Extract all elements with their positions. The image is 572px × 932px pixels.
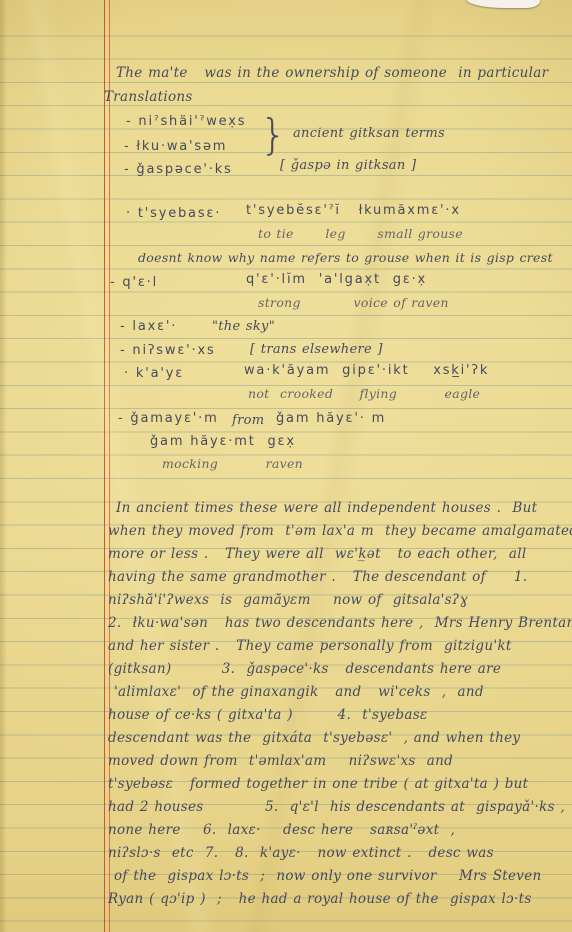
gamayem-entry-line: ǧam hăyɛ·mt gɛx̣: [150, 435, 296, 449]
qel-entry-line: - q'ɛ·l: [110, 276, 158, 290]
kaye-entry-line: not crooked flying eagle: [248, 387, 480, 401]
kaye-entry-line: · k'a'yɛ: [124, 367, 184, 381]
translation-list-line: ancient gitksan terms: [293, 127, 445, 141]
nisweqs-entry-line: - niʔswɛ'·xs: [120, 344, 216, 358]
tsyebase-entry-line: doesnt know why name refers to grouse wh…: [138, 251, 553, 265]
ancient-times-paragraph-line: having the same grandmother . The descen…: [108, 570, 527, 585]
ancient-times-paragraph-line: when they moved from t'ǝm lax'a m they b…: [108, 524, 572, 539]
ancient-times-paragraph-line: niʔslɔ·s etc 7. 8. k'ayɛ· now extinct . …: [108, 846, 494, 861]
translation-list-line: }: [260, 112, 287, 158]
gamayem-entry-line: mocking raven: [162, 457, 303, 471]
translation-list-line: - niˀshäi'ˀwex̣s: [126, 115, 246, 129]
intro-line: Translations: [104, 90, 193, 105]
ancient-times-paragraph-line: had 2 houses 5. q'ɛ'l his descendants at…: [108, 800, 565, 815]
translation-list-line: - łku·wa'sǝm: [124, 140, 227, 154]
gamayem-entry-line: from: [232, 414, 264, 428]
ancient-times-paragraph-line: of the gispax lɔ·ts ; now only one survi…: [114, 869, 542, 884]
gamayem-entry-line: ǧam hăyɛ'· m: [276, 412, 386, 426]
ancient-times-paragraph-line: 2. łku·wa'sǝn has two descendants here ,…: [108, 616, 572, 631]
ancient-times-paragraph-line: more or less . They were all wɛ'k̲ǝt to …: [108, 547, 526, 562]
laxe-entry-line: "the sky": [212, 320, 275, 334]
tsyebase-entry-line: t'syebĕsɛ'ˀĭ łkumăxmɛ'·x: [246, 204, 461, 218]
ancient-times-paragraph-line: moved down from t'ǝmlax'am niʔswɛ'xs and: [108, 754, 453, 769]
translation-list-line: [ ǧaspǝ in gitksan ]: [280, 159, 416, 173]
translation-list-line: - ǧaspǝce'·ks: [124, 163, 233, 177]
nisweqs-entry-line: [ trans elsewhere ]: [250, 343, 383, 357]
page-left-edge-shadow: [0, 0, 7, 932]
intro-line: The ma'te was in the ownership of someon…: [116, 66, 548, 81]
kaye-entry-line: wa·k'ăyam gipɛ'·ikt xsk̲i'ʔk: [244, 364, 489, 378]
qel-entry-line: q'ɛ'·lĭm 'a'lgax̣t gɛ·x̣: [246, 273, 427, 287]
tsyebase-entry-line: to tie leg small grouse: [258, 227, 463, 241]
ancient-times-paragraph-line: t'syebǝsɛ formed together in one tribe (…: [108, 777, 528, 792]
red-margin-line: [104, 0, 110, 932]
laxe-entry-line: - laxɛ'·: [120, 320, 177, 334]
ancient-times-paragraph-line: descendant was the gitxáta t'syebǝsɛ' , …: [108, 731, 520, 746]
qel-entry-line: strong voice of raven: [258, 296, 449, 310]
gamayem-entry-line: - ǧamayɛ'·m: [118, 412, 219, 426]
torn-corner: [466, 0, 540, 8]
ancient-times-paragraph-line: Ryan ( qɔ'ip ) ; he had a royal house of…: [108, 892, 532, 907]
ancient-times-paragraph-line: In ancient times these were all independ…: [116, 501, 537, 516]
ancient-times-paragraph-line: none here 6. laxɛ· desc here saʀsa'ˀǝxt …: [108, 823, 455, 838]
ancient-times-paragraph-line: 'alimlaxɛ' of the ginaxangik and wi'ceks…: [114, 685, 484, 700]
ancient-times-paragraph-line: (gitksan) 3. ǧaspǝce'·ks descendants her…: [108, 662, 501, 677]
tsyebase-entry-line: · t'syebasɛ·: [126, 207, 221, 221]
ancient-times-paragraph-line: niʔshă'i'ʔwexs is gamăyɛm now of gitsala…: [108, 593, 468, 608]
notebook-page: The ma'te was in the ownership of someon…: [0, 0, 572, 932]
ancient-times-paragraph-line: and her sister . They came personally fr…: [108, 639, 512, 654]
ancient-times-paragraph-line: house of ce·ks ( gitxa'ta ) 4. t'syebasɛ: [108, 708, 427, 723]
